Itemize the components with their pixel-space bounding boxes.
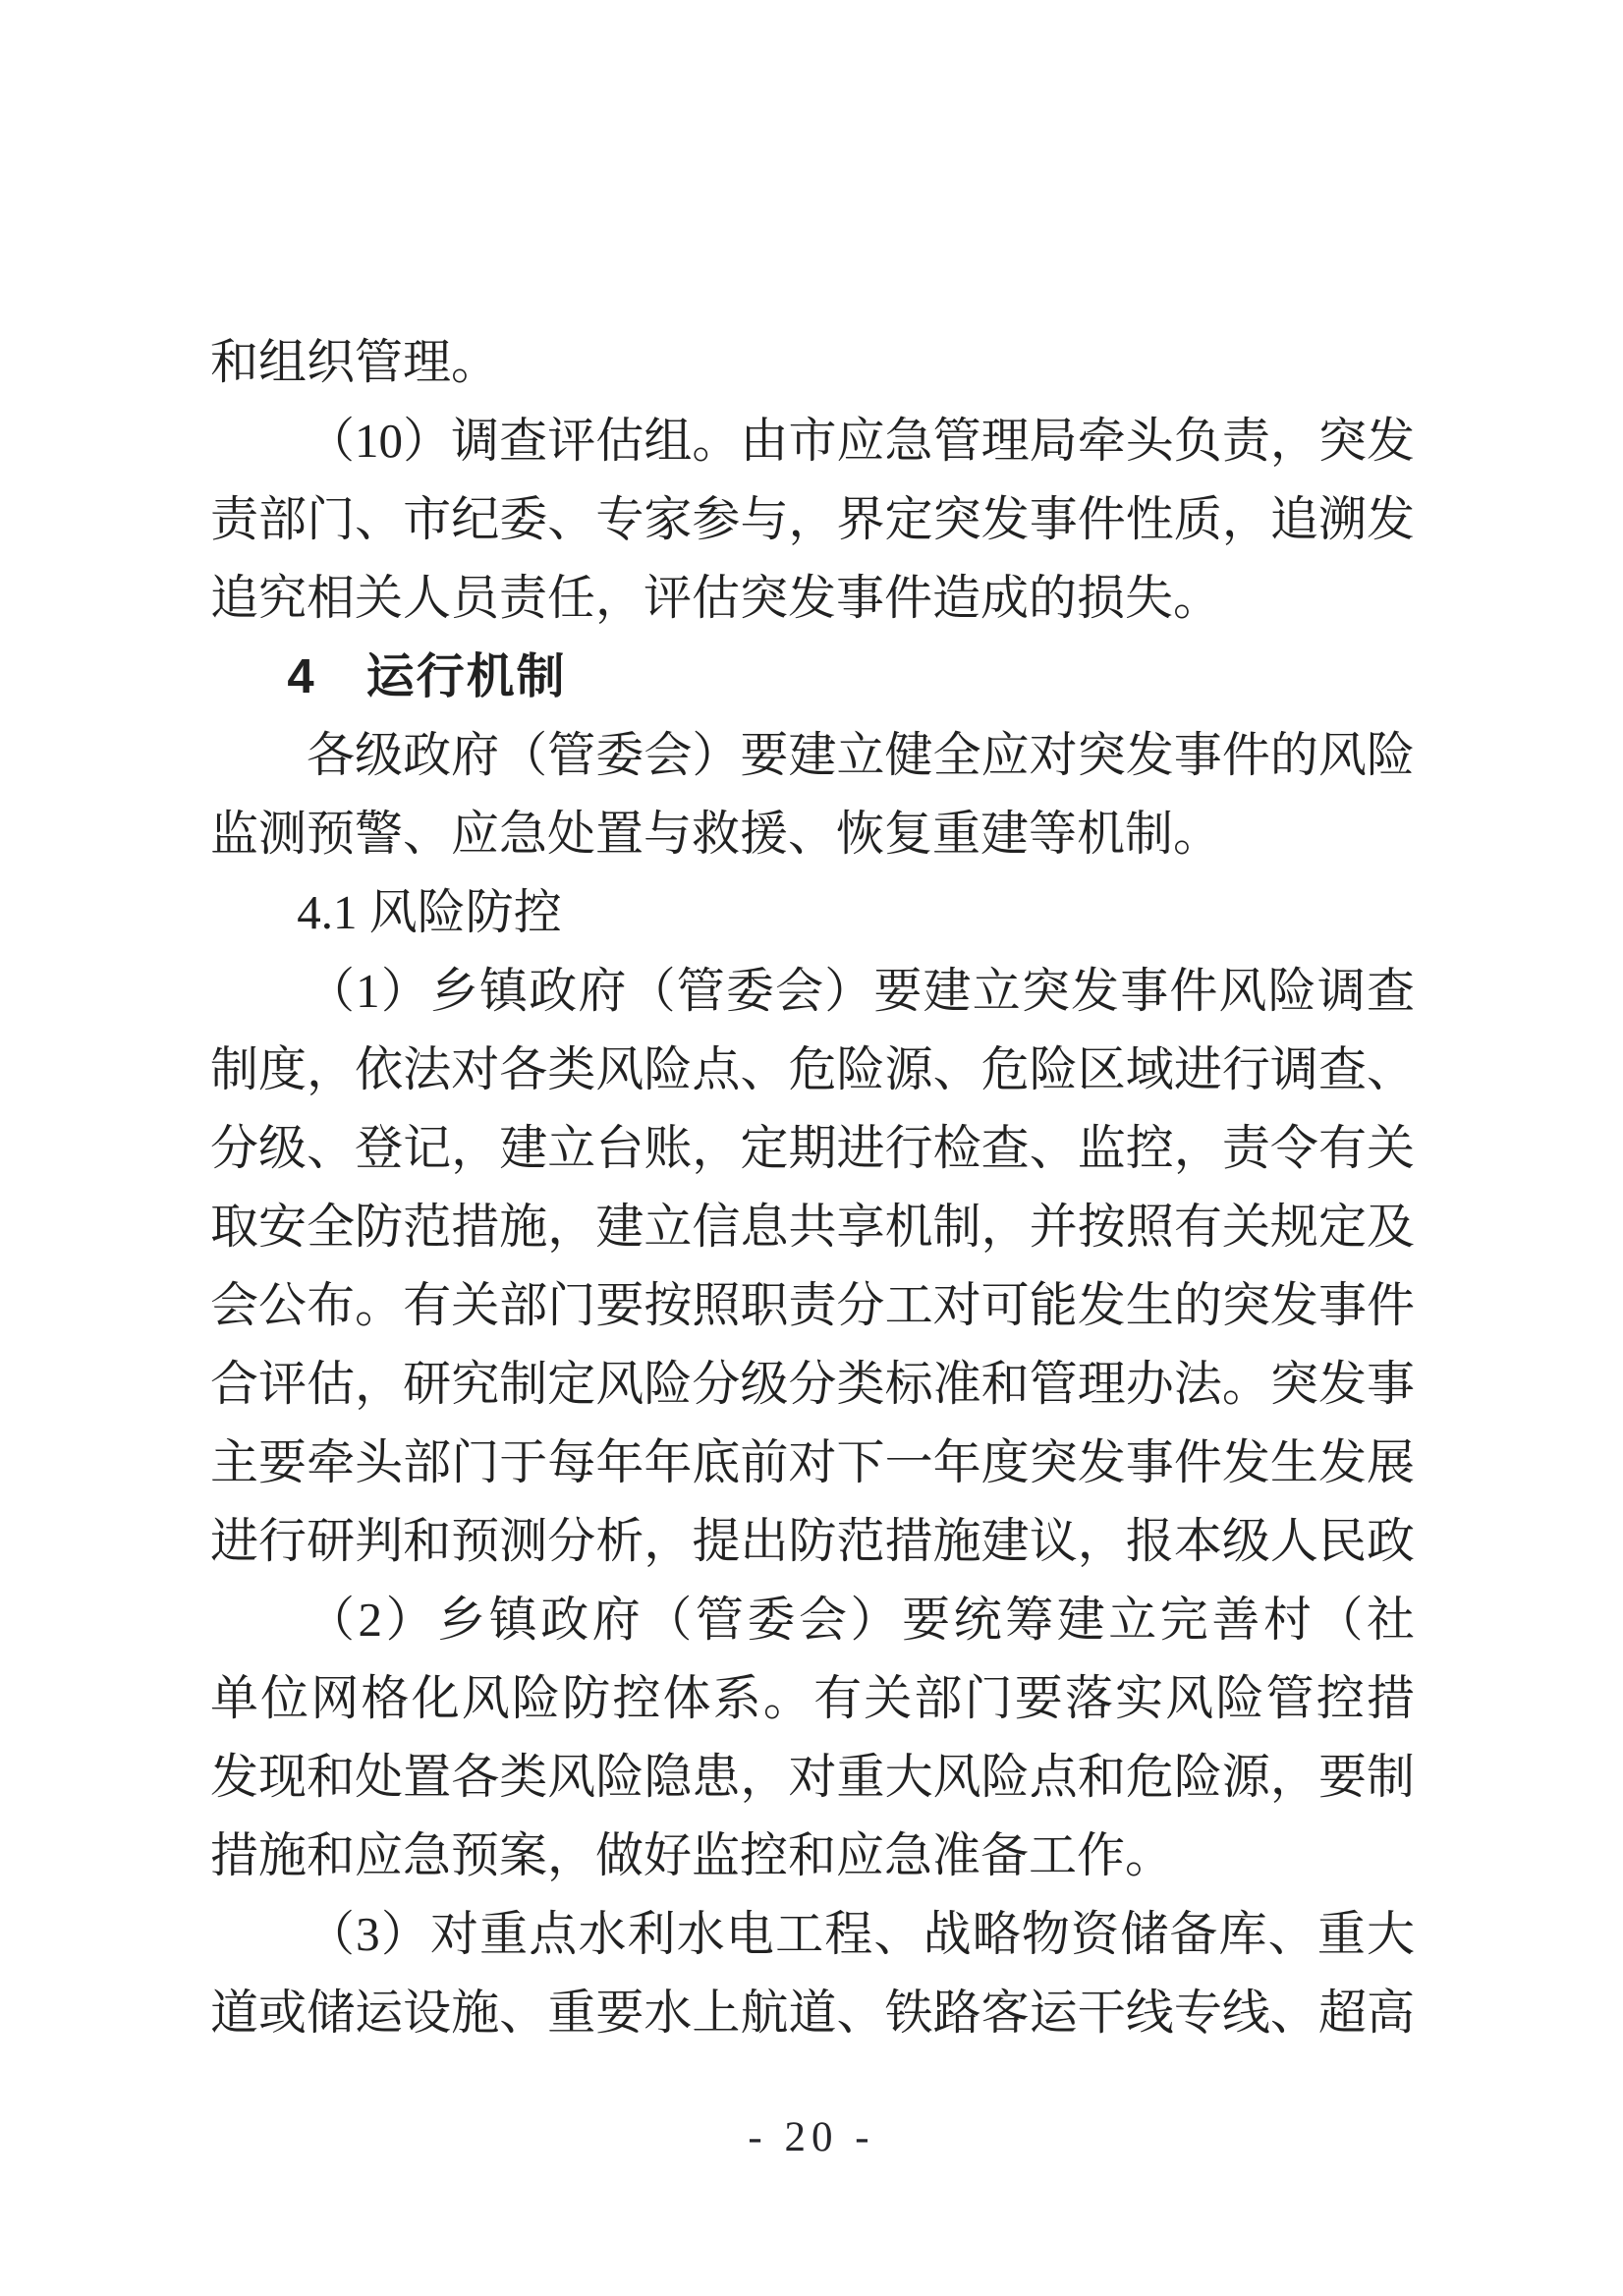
para-1-risk-survey-system-line-1: （1）乡镇政府（管委会）要建立突发事件风险调查和评估 (210, 952, 1415, 1031)
para-1-risk-survey-system-line-6: 合评估，研究制定风险分级分类标准和管理办法。突发事件应对 (210, 1345, 1415, 1424)
page-number: - 20 - (0, 2108, 1623, 2167)
para-1-risk-survey-system-line-2: 制度，依法对各类风险点、危险源、危险区域进行调查、评估、 (210, 1031, 1415, 1109)
para-1-risk-survey-system-line-4: 取安全防范措施，建立信息共享机制，并按照有关规定及时向社 (210, 1188, 1415, 1266)
para-10-investigation-evaluation-group-line-1: （10）调查评估组。由市应急管理局牵头负责，突发事件主 (210, 402, 1415, 480)
para-3-key-infrastructure-line-2: 道或储运设施、重要水上航道、铁路客运干线专线、超高压输变 (210, 1974, 1415, 2052)
para-section4-intro-line-1: 各级政府（管委会）要建立健全应对突发事件的风险防控、 (210, 716, 1415, 795)
para-2-grid-risk-control-system-line-1: （2）乡镇政府（管委会）要统筹建立完善村（社区）、重点 (210, 1581, 1415, 1659)
para-1-risk-survey-system-line-3: 分级、登记，建立台账，定期进行检查、监控，责令有关单位采 (210, 1109, 1415, 1188)
para-continuation-org-management-line-1: 和组织管理。 (210, 323, 1415, 402)
document-content: 和组织管理。（10）调查评估组。由市应急管理局牵头负责，突发事件主责部门、市纪委… (210, 323, 1415, 2052)
document-page: 和组织管理。（10）调查评估组。由市应急管理局牵头负责，突发事件主责部门、市纪委… (0, 0, 1623, 2296)
para-3-key-infrastructure-line-1: （3）对重点水利水电工程、战略物资储备库、重大油气管 (210, 1895, 1415, 1974)
para-10-investigation-evaluation-group-line-2: 责部门、市纪委、专家参与，界定突发事件性质，追溯发生原因， (210, 480, 1415, 559)
para-1-risk-survey-system-line-8: 进行研判和预测分析，提出防范措施建议，报本级人民政府。 (210, 1502, 1415, 1581)
section-heading-4-1-risk-prevention: 4.1 风险防控 (210, 873, 1415, 952)
para-section4-intro-line-2: 监测预警、应急处置与救援、恢复重建等机制。 (210, 795, 1415, 873)
para-10-investigation-evaluation-group-line-3: 追究相关人员责任，评估突发事件造成的损失。 (210, 559, 1415, 638)
para-1-risk-survey-system-line-5: 会公布。有关部门要按照职责分工对可能发生的突发事件进行综 (210, 1266, 1415, 1345)
para-2-grid-risk-control-system-line-4: 措施和应急预案，做好监控和应急准备工作。 (210, 1817, 1415, 1895)
section-heading-4-operating-mechanism: 4 运行机制 (210, 638, 1415, 716)
para-2-grid-risk-control-system-line-2: 单位网格化风险防控体系。有关部门要落实风险管控措施，及时 (210, 1659, 1415, 1738)
para-2-grid-risk-control-system-line-3: 发现和处置各类风险隐患，对重大风险点和危险源，要制定防控 (210, 1738, 1415, 1817)
para-1-risk-survey-system-line-7: 主要牵头部门于每年年底前对下一年度突发事件发生发展趋势 (210, 1424, 1415, 1502)
